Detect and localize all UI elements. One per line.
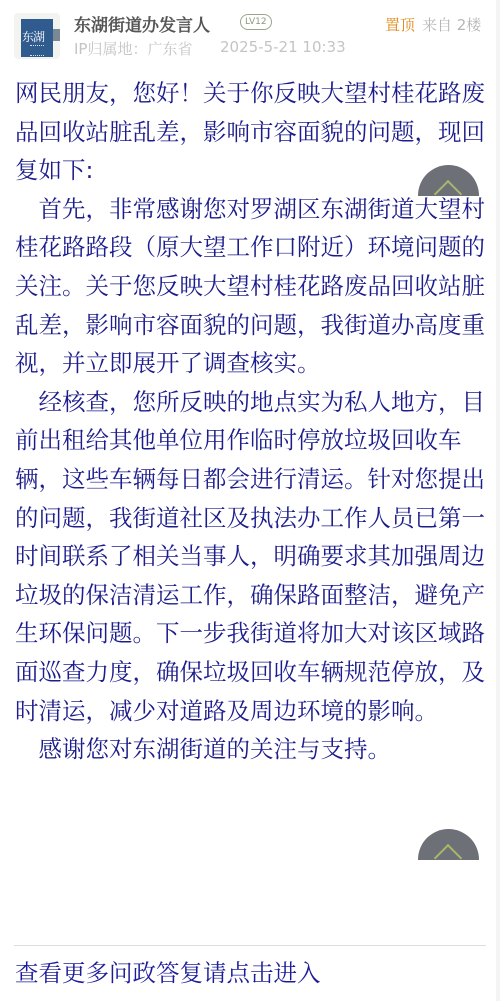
avatar-decoration: [30, 45, 44, 56]
reply-paragraph-greeting: 网民朋友，您好！关于你反映大望村桂花路废品回收站脏乱差，影响市容面貌的问题，现回…: [15, 74, 485, 190]
avatar[interactable]: 东湖: [14, 13, 60, 59]
scrollbar[interactable]: [496, 0, 500, 1001]
reply-paragraph-thanks: 首先，非常感谢您对罗湖区东湖街道大望村桂花路路段（原大望工作口附近）环境问题的关…: [15, 190, 485, 383]
reply-paragraph-findings: 经核查，您所反映的地点实为私人地方，目前出租给其他单位用作临时停放垃圾回收车辆，…: [15, 383, 485, 730]
floor-tag: 来自 2楼: [422, 14, 481, 35]
reply-paragraph-closing: 感谢您对东湖街道的关注与支持。: [15, 730, 485, 769]
chevron-up-icon: [434, 844, 462, 860]
post-timestamp: 2025-5-21 10:33: [220, 38, 346, 56]
reply-body: 网民朋友，您好！关于你反映大望村桂花路废品回收站脏乱差，影响市容面貌的问题，现回…: [15, 74, 485, 769]
author-name[interactable]: 东湖街道办发言人: [74, 11, 210, 36]
divider: [14, 945, 486, 946]
avatar-logo-text: 东湖: [22, 28, 54, 45]
post-header: 东湖 东湖街道办发言人 LV12 置顶 来自 2楼 IP归属地：广东省 2025…: [0, 0, 500, 66]
scroll-to-top-button[interactable]: [418, 829, 479, 860]
pinned-tag: 置顶: [385, 14, 415, 35]
more-replies-link[interactable]: 查看更多问政答复请点击进入: [15, 956, 321, 990]
ip-location: IP归属地：广东省: [74, 38, 192, 59]
avatar-decoration: [53, 29, 60, 41]
chevron-up-icon: [434, 180, 462, 196]
level-badge: LV12: [240, 14, 272, 30]
avatar-logo: 东湖: [21, 19, 53, 57]
